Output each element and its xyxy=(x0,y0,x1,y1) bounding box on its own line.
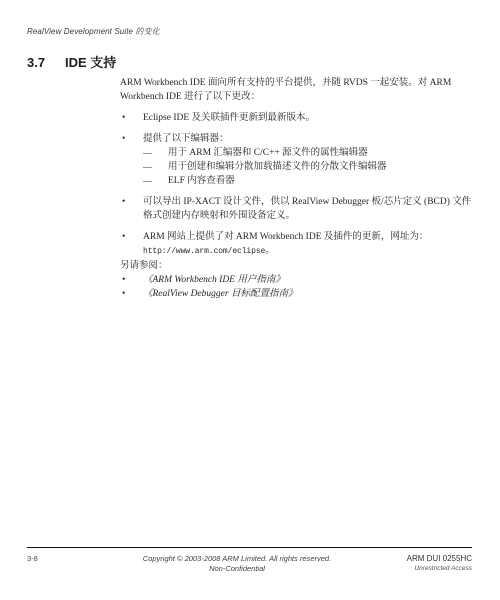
footer-copyright-block: Copyright © 2003-2008 ARM Limited. All r… xyxy=(97,554,377,574)
section-number: 3.7 xyxy=(27,55,65,70)
bullet-marker: • xyxy=(122,132,125,146)
reference-title: 《ARM Workbench IDE 用户指南》 xyxy=(143,275,285,285)
dash-marker: — xyxy=(143,146,152,160)
reference-item: • 《RealView Debugger 目标配置指南》 xyxy=(120,287,476,301)
list-item-text: 可以导出 IP-XACT 设计文件，供以 RealView Debugger 板… xyxy=(143,197,471,221)
reference-title: 《RealView Debugger 目标配置指南》 xyxy=(143,289,297,299)
sublist-item: — 用于 ARM 汇编器和 C/C++ 源文件的属性编辑器 xyxy=(143,146,476,160)
list-item: • ARM 网站上提供了对 ARM Workbench IDE 及插件的更新，网… xyxy=(120,230,476,259)
document-page: RealView Development Suite 的变化 3.7IDE 支持… xyxy=(0,0,500,600)
access-level: Unrestricted Access xyxy=(377,564,472,574)
editor-sublist: — 用于 ARM 汇编器和 C/C++ 源文件的属性编辑器 — 用于创建和编辑分… xyxy=(143,146,476,188)
doc-id: ARM DUI 0255HC xyxy=(377,554,472,564)
page-number: 3-8 xyxy=(27,554,97,563)
running-header: RealView Development Suite 的变化 xyxy=(27,26,160,37)
list-item: • 提供了以下编辑器： — 用于 ARM 汇编器和 C/C++ 源文件的属性编辑… xyxy=(120,132,476,188)
list-item: • 可以导出 IP-XACT 设计文件，供以 RealView Debugger… xyxy=(120,195,476,223)
sublist-item: — ELF 内容查看器 xyxy=(143,174,476,188)
bullet-marker: • xyxy=(122,195,125,209)
see-also-label: 另请参阅： xyxy=(120,259,476,273)
bullet-marker: • xyxy=(122,273,125,287)
change-list: • Eclipse IDE 及关联插件更新到最新版本。 • 提供了以下编辑器： … xyxy=(120,111,476,259)
reference-item: • 《ARM Workbench IDE 用户指南》 xyxy=(120,273,476,287)
list-item-text: Eclipse IDE 及关联插件更新到最新版本。 xyxy=(143,113,315,123)
intro-paragraph: ARM Workbench IDE 面向所有支持的平台提供，并随 RVDS 一起… xyxy=(120,76,476,104)
dash-marker: — xyxy=(143,160,152,174)
footer-divider xyxy=(27,547,472,548)
eclipse-update-link[interactable]: http://www.arm.com/eclipse xyxy=(143,247,265,256)
section-title: IDE 支持 xyxy=(65,55,116,70)
sublist-item: — 用于创建和编辑分散加载描述文件的分散文件编辑器 xyxy=(143,160,476,174)
sublist-item-text: 用于 ARM 汇编器和 C/C++ 源文件的属性编辑器 xyxy=(168,148,368,158)
bullet-marker: • xyxy=(122,230,125,244)
confidentiality-text: Non-Confidential xyxy=(97,564,377,574)
bullet-marker: • xyxy=(122,111,125,125)
list-item: • Eclipse IDE 及关联插件更新到最新版本。 xyxy=(120,111,476,125)
dash-marker: — xyxy=(143,174,152,188)
list-item-text: ARM 网站上提供了对 ARM Workbench IDE 及插件的更新，网址为… xyxy=(143,232,428,242)
copyright-text: Copyright © 2003-2008 ARM Limited. All r… xyxy=(97,554,377,564)
url-period: 。 xyxy=(265,246,275,256)
body-content: ARM Workbench IDE 面向所有支持的平台提供，并随 RVDS 一起… xyxy=(120,76,476,301)
footer-doc-block: ARM DUI 0255HC Unrestricted Access xyxy=(377,554,472,574)
bullet-marker: • xyxy=(122,287,125,301)
section-heading: 3.7IDE 支持 xyxy=(27,52,116,71)
sublist-item-text: ELF 内容查看器 xyxy=(168,176,235,186)
page-footer: 3-8 Copyright © 2003-2008 ARM Limited. A… xyxy=(27,554,472,574)
list-item-text: 提供了以下编辑器： xyxy=(143,134,229,144)
see-also-list: • 《ARM Workbench IDE 用户指南》 • 《RealView D… xyxy=(120,273,476,301)
sublist-item-text: 用于创建和编辑分散加载描述文件的分散文件编辑器 xyxy=(168,162,387,172)
